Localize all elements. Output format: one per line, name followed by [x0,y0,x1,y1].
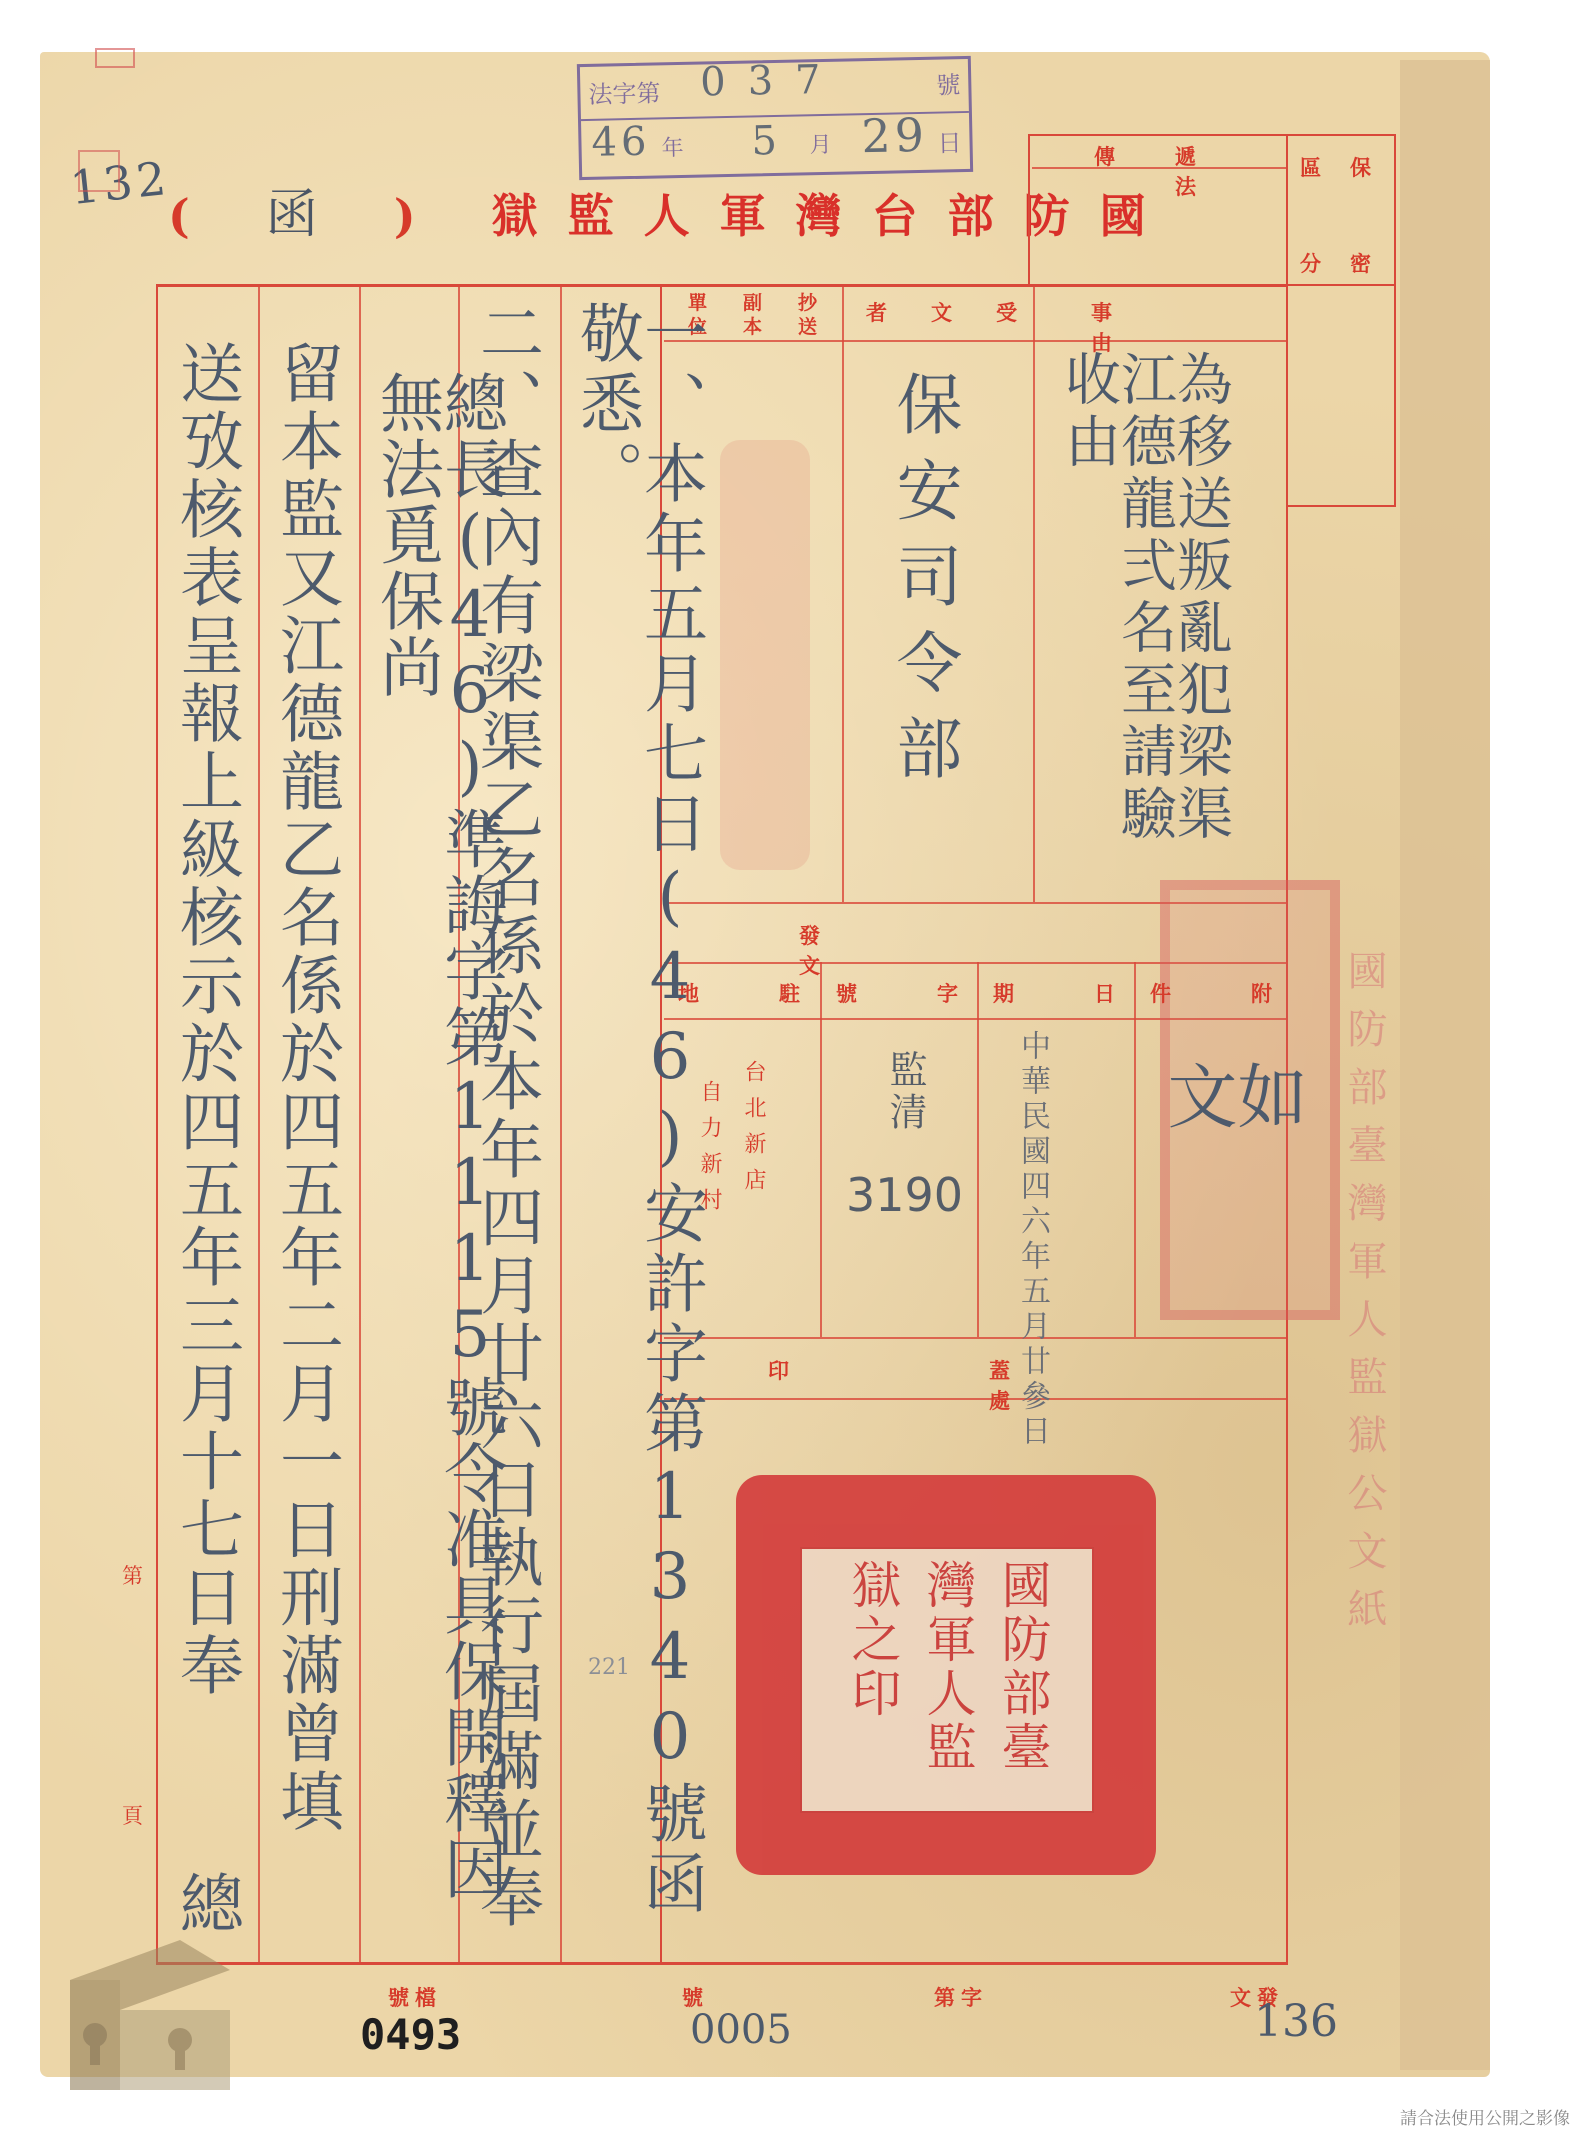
body-column-5: 送攷核表呈報上級核示於四五年三月十七日奉 [174,340,238,1960]
subject-label: 事由 [1062,297,1262,357]
stamp-year: 46 [591,122,651,163]
doc-type-close: ) [394,189,446,243]
location-line-1: 台北新店 [738,1060,769,1260]
body-column-3: 總長(46)準誨字第1115號令准具保開釋因無法覓保尚 [374,370,502,1960]
archive-label: 檔號 [388,1982,442,2012]
security-label-3: 區 [1300,152,1321,182]
archive-logo-icon [60,1920,240,2090]
faded-seal-mark [720,440,810,870]
corner-red-mark [95,48,135,68]
stamp-day: 29 [861,112,928,159]
stamp-year-label: 年 [661,131,684,162]
document-title-line: ( 函 ) 國防部台灣軍人監獄 [168,172,1176,247]
body-col-divider [258,286,260,1962]
trans-left-line [1028,134,1030,284]
archive-number: 0493 [360,2010,461,2059]
transmission-method-label: 傳遞法 [1056,141,1256,201]
frame-left [156,284,158,1964]
recipient-value: 保安司令部 [890,370,956,890]
stamp-day-label: 日 [937,123,962,158]
seal-section-top [664,1337,1286,1339]
body-column-1: 一、本年五月七日(46)安許字第1340號函敬悉。 [574,300,702,1960]
cc-label-top: 抄副單 [688,288,853,315]
stamp-number: 037 [700,60,843,103]
frame-bottom [156,1962,1288,1965]
margin-note: 221 [588,1655,630,1680]
body-col-divider [359,286,361,1962]
recipient-label: 受文者 [866,297,1061,327]
ref-no-number: 3190 [846,1168,963,1222]
seal-inner-frame: 國防部臺灣軍人監獄之印 [800,1547,1094,1813]
word-label: 字第 [934,1982,988,2012]
usage-notice: 請合法使用公開之影像 [1400,2104,1570,2129]
attachment-value: 如文 [1162,1060,1302,1320]
small-red-seal [78,150,120,192]
stamp-prefix: 法字第 [588,73,661,110]
seal-text: 國防部臺灣軍人監獄之印 [802,1549,1092,1811]
page-label-bottom: 頁 [122,1800,143,1830]
number-value: 0005 [690,2010,792,2050]
stamp-no-suffix: 號 [936,65,961,100]
security-label-2: 密 [1350,248,1371,278]
official-seal: 國防部臺灣軍人監獄之印 [736,1475,1156,1875]
received-stamp: 法字第 037 號 46 年 5 月 29 日 [577,56,973,180]
security-label-4: 分 [1300,248,1321,278]
doc-type-handwritten: 函 [266,185,348,245]
body-column-4: 留本監又江德龍乙名係於四五年二月一日刑滿曾填 [274,340,338,1960]
col-label-attachment: 附件 [1150,978,1352,1008]
paper-edge [1400,60,1490,2070]
security-bottom-line [1286,284,1396,286]
stamp-month: 5 [751,121,781,162]
trans-top-line [1028,134,1396,136]
issue-section-label: 發文 [770,920,1190,980]
ref-no-char: 監清 [878,1050,933,1134]
issue-col-divider [820,962,822,1337]
security-box-end [1286,505,1396,507]
body-col-divider [560,286,562,1962]
issue-col-divider [1134,962,1136,1337]
paper-side-title: 國防部臺灣軍人監獄公文紙 [1336,950,1393,1646]
doc-type-open: ( [168,189,220,243]
page-label-top: 第 [122,1560,143,1590]
frame-top [156,284,1288,287]
security-label-1: 保 [1350,152,1371,182]
issue-col-divider [977,962,979,1337]
subject-value: 為移送叛亂犯梁渠江德龍弍名至請驗收由 [1060,350,1228,890]
table-divider-recipient [1033,286,1035,902]
table-divider-cc [842,286,844,902]
security-right-line [1394,134,1396,506]
stamp-month-label: 月 [809,128,832,159]
issue-handwritten: 136 [1254,2000,1338,2044]
seal-section-label: 蓋印處 [740,1355,1210,1415]
cc-label-bottom: 送本位 [688,312,853,339]
